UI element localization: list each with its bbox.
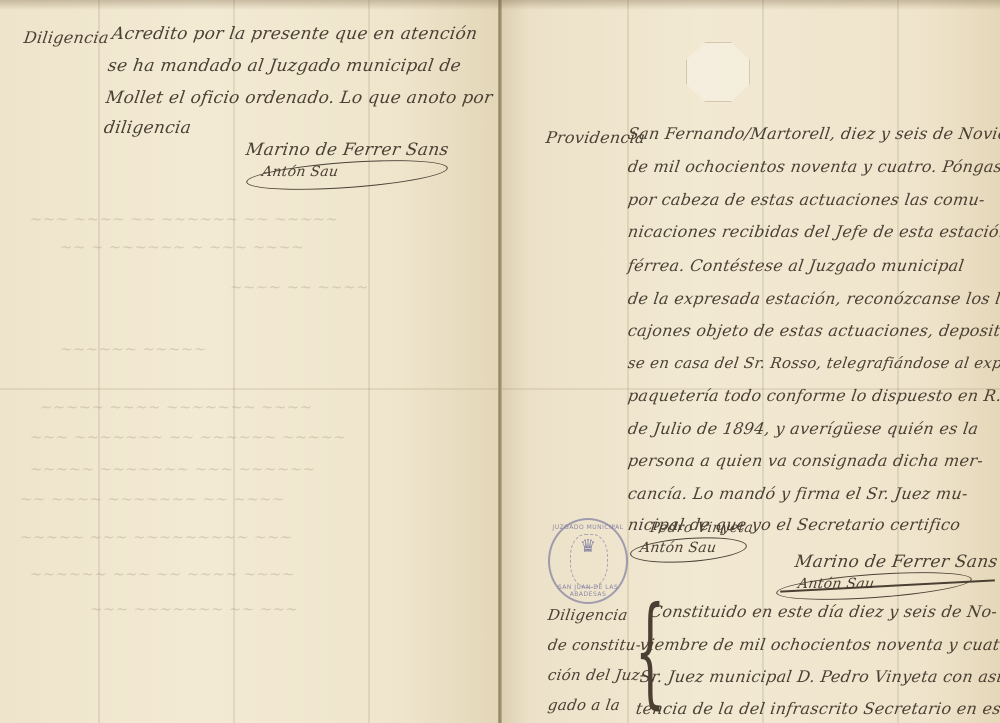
- providencia-line: paquetería todo conforme lo dispuesto en…: [627, 386, 1000, 405]
- bleed-through-text: ~~~ ~~~~ ~~ ~~~~~~ ~~ ~~~~~: [29, 210, 340, 228]
- constitution-line: viembre de mil ochocientos noventa y cua…: [639, 635, 1000, 654]
- paper-fold: [0, 388, 500, 390]
- left-page: ~~~ ~~~~ ~~ ~~~~~~ ~~ ~~~~~ ~~ ~ ~~~~~~ …: [0, 0, 500, 723]
- constitution-line: Constituido en este día diez y seis de N…: [649, 602, 999, 621]
- body-line: diligencia: [103, 118, 193, 138]
- bleed-through-text: ~~~~ ~~ ~~~~: [229, 278, 370, 296]
- providencia-line: de Julio de 1894, y averígüese quién es …: [627, 419, 980, 438]
- bleed-through-text: ~~~~~ ~~~ ~~~~~~~~~ ~~~: [19, 528, 294, 546]
- crown-icon: ♛: [550, 536, 626, 557]
- bleed-through-text: ~~~ ~~~~~~~ ~~ ~~~~~~ ~~~~~: [29, 428, 348, 446]
- signature-name: Marino de Ferrer Sans: [245, 140, 450, 160]
- providencia-line: por cabeza de estas actuaciones las comu…: [627, 190, 987, 209]
- body-line: se ha mandado al Juzgado municipal de: [107, 56, 463, 76]
- providencia-line: se en casa del Sr. Rosso, telegrafiándos…: [627, 354, 1000, 372]
- bleed-through-text: ~~~~~ ~~~~~~~ ~~~ ~~~~~~: [29, 460, 317, 478]
- providencia-line: nicaciones recibidas del Jefe de esta es…: [627, 222, 1000, 241]
- providencia-line: persona a quien va consignada dicha mer-: [627, 451, 985, 470]
- bleed-through-text: ~~~ ~~~~~~~ ~~ ~~~: [89, 600, 300, 618]
- providencia-line: de la expresada estación, reconózcanse l…: [627, 289, 1000, 308]
- bleed-through-text: ~~ ~~~~ ~~~~~~~ ~~ ~~~~: [19, 490, 286, 508]
- stamp-bottom-text: SAN JUAN DE LAS ABADESAS: [550, 584, 626, 598]
- signature-name: Pedro Vinyeta: [649, 520, 754, 536]
- providencia-line: de mil ochocientos noventa y cuatro. Pón…: [627, 157, 1000, 176]
- constitution-line: tencia de la del infrascrito Secretario …: [635, 699, 1000, 718]
- providencia-line: cancía. Lo mandó y firma el Sr. Juez mu-: [627, 484, 969, 503]
- signature-rubric-text: Antón Sau: [261, 164, 340, 180]
- margin-note-diligencia-constitucion: ción del Juz-: [547, 666, 647, 684]
- providencia-line: férrea. Contéstese al Juzgado municipal: [627, 256, 966, 275]
- bleed-through-text: ~~~~~~ ~~~~~: [59, 340, 208, 358]
- providencia-line: cajones objeto de estas actuaciones, dep…: [627, 321, 1000, 340]
- margin-note-diligencia-constitucion: Diligencia: [547, 606, 629, 624]
- providencia-line: San Fernando/Martorell, diez y seis de N…: [627, 124, 1000, 143]
- constitution-line: Sr. Juez municipal D. Pedro Vinyeta con …: [639, 667, 1000, 686]
- stamp-top-text: JUZGADO MUNICIPAL: [550, 524, 626, 531]
- body-line: Acredito por la presente que en atención: [111, 24, 479, 44]
- page-edge-shadow: [0, 0, 1000, 10]
- paper-fold: [368, 0, 370, 723]
- municipal-court-stamp: JUZGADO MUNICIPAL ♛ SAN JUAN DE LAS ABAD…: [548, 518, 628, 604]
- body-line: Mollet el oficio ordenado. Lo que anoto …: [105, 88, 494, 108]
- signature-rubric-text: Antón Sau: [797, 576, 876, 592]
- signature-rubric-text: Antón Sau: [639, 540, 718, 556]
- book-spine: [498, 0, 502, 723]
- bleed-through-text: ~~ ~ ~~~~~~ ~ ~~~ ~~~~: [59, 238, 306, 256]
- signature-name: Marino de Ferrer Sans: [794, 552, 999, 572]
- margin-note-diligencia-constitucion: gado a la: [547, 696, 622, 714]
- document-spread: ~~~ ~~~~ ~~ ~~~~~~ ~~ ~~~~~ ~~ ~ ~~~~~~ …: [0, 0, 1000, 723]
- margin-note-diligencia-constitucion: de constitu-: [547, 636, 643, 654]
- bleed-through-text: ~~~~~~ ~~~ ~~ ~~~~ ~~~~: [29, 565, 296, 583]
- margin-note-diligencia: Diligencia: [23, 28, 110, 47]
- bleed-through-text: ~~~~~ ~~~~ ~~~~~~~ ~~~~: [39, 398, 314, 416]
